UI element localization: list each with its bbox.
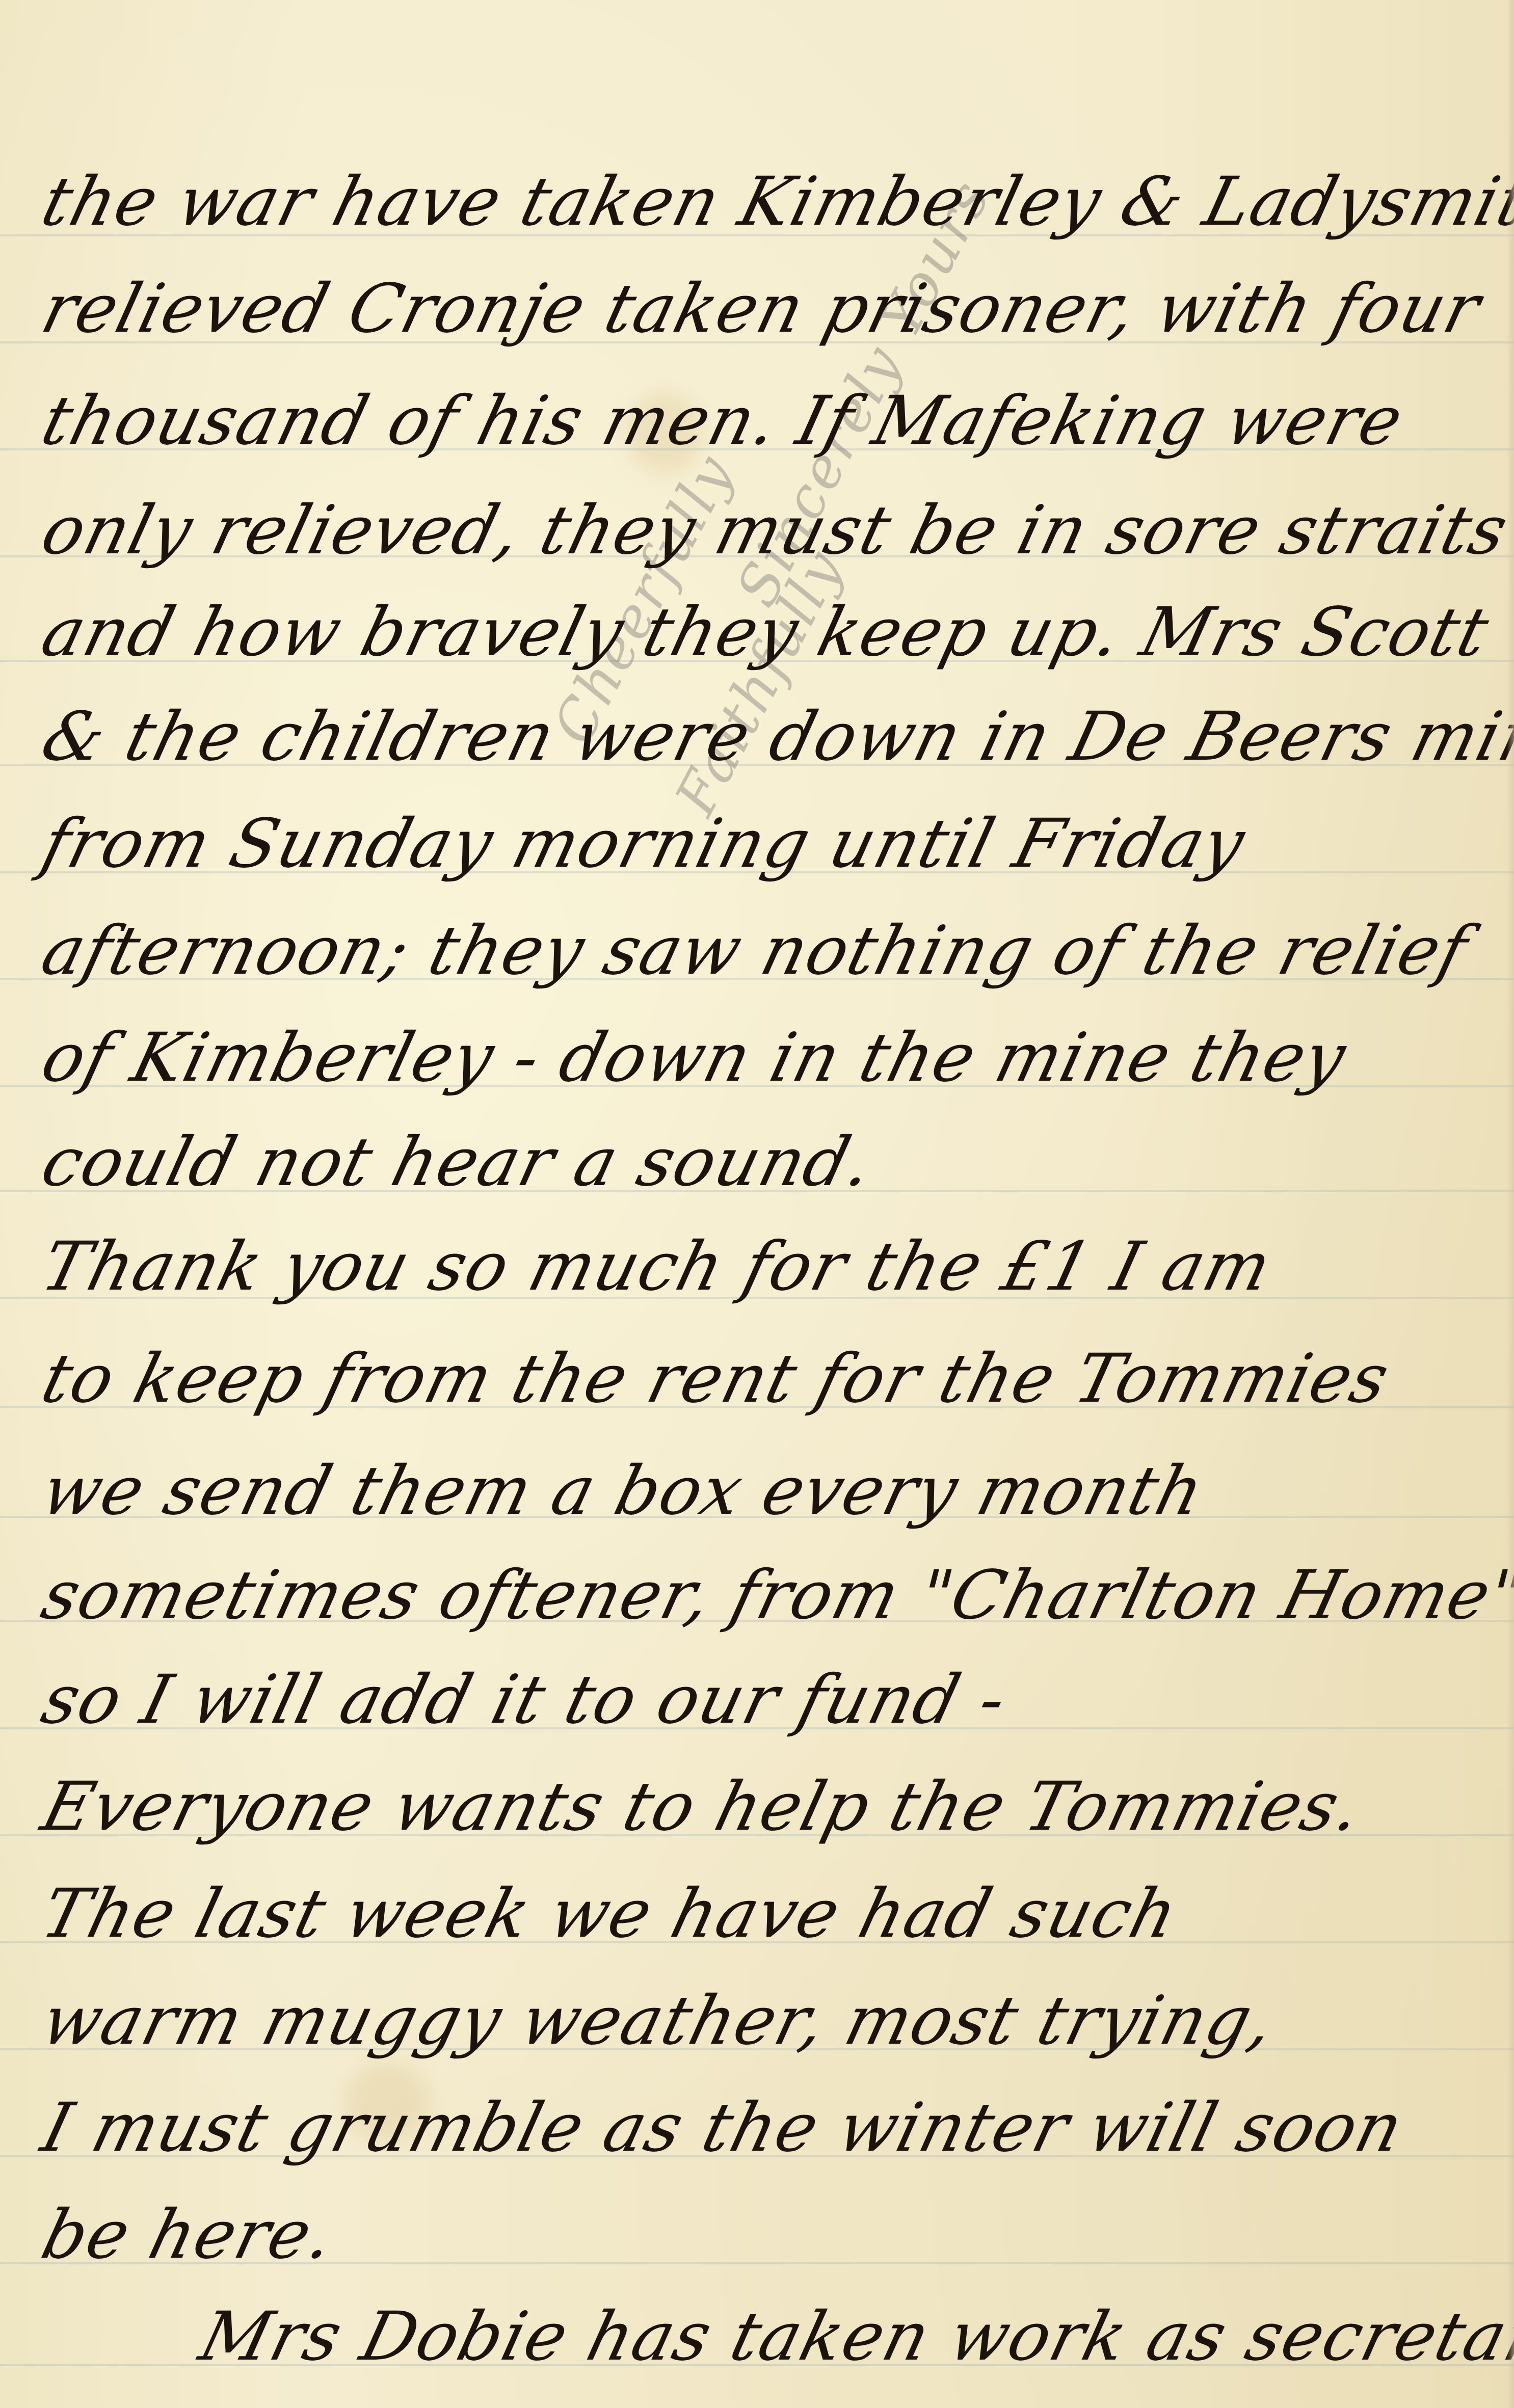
letter-line: thousand of his men. If Mafeking were [36, 387, 1410, 454]
letter-line: to keep from the rent for the Tommies [36, 1345, 1396, 1412]
letter-line: relieved Cronje taken prisoner, with fou… [36, 275, 1488, 342]
letter-line: from Sunday morning until Friday [36, 810, 1252, 877]
letter-line: Mrs Dobie has taken work as secretary [194, 2303, 1514, 2370]
letter-line: and how bravely they keep up. Mrs Scott [36, 599, 1496, 666]
letter-line: the war have taken Kimberley & Ladysmith [36, 168, 1514, 235]
letter-line: & the children were down in De Beers min… [36, 703, 1514, 770]
letter-line: only relieved, they must be in sore stra… [36, 497, 1514, 564]
letter-line: could not hear a sound. [36, 1129, 880, 1196]
letter-page: Sincerely Yours Cheerfully Faithfully th… [0, 0, 1514, 2408]
letter-line: be here. [36, 2201, 341, 2268]
letter-line: warm muggy weather, most trying, [36, 1987, 1282, 2054]
letter-line: Thank you so much for the £1 I am [36, 1233, 1278, 1300]
letter-line: Everyone wants to help the Tommies. [36, 1773, 1369, 1840]
letter-line: sometimes oftener, from "Charlton Home" [36, 1562, 1514, 1629]
letter-line: we send them a box every month [36, 1457, 1211, 1524]
letter-line: afternoon; they saw nothing of the relie… [36, 917, 1474, 984]
letter-line: I must grumble as the winter will soon [36, 2094, 1410, 2161]
letter-line: of Kimberley - down in the mine they [36, 1024, 1353, 1091]
letter-line: The last week we have had such [36, 1880, 1184, 1947]
page-edge [1507, 0, 1514, 2408]
letter-line: so I will add it to our fund - [36, 1666, 1014, 1733]
